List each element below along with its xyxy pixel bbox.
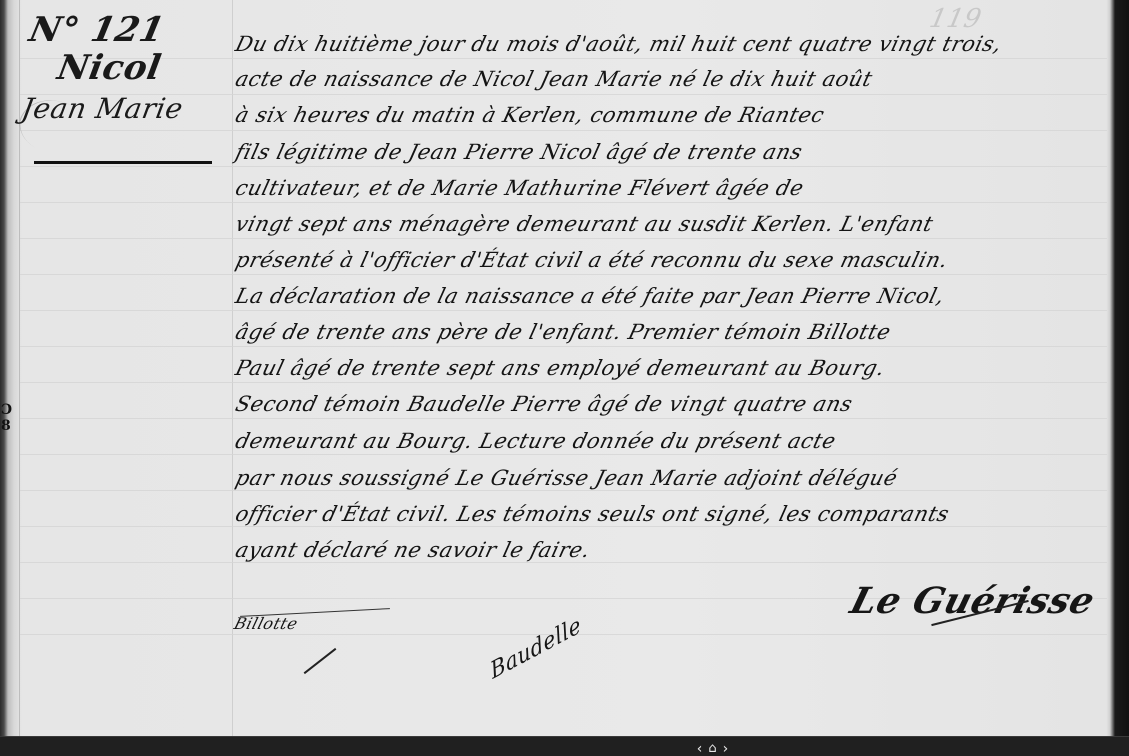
ruled-line <box>20 490 1107 491</box>
page-edge-rule <box>19 0 20 736</box>
edge-artifact: Ɔ8 <box>1 402 12 434</box>
ruled-line <box>20 562 1107 563</box>
record-line: à six heures du matin à Kerlen, commune … <box>233 103 827 127</box>
record-line: Paul âgé de trente sept ans employé deme… <box>233 356 887 380</box>
ruled-line <box>20 274 1107 275</box>
document-viewer[interactable]: 119 Ɔ8 N° 121 Nicol Jean Marie Du dix hu… <box>0 0 1129 736</box>
ruled-line <box>20 238 1107 239</box>
record-line: par nous soussigné Le Guérisse Jean Mari… <box>233 466 900 490</box>
witness-1-signature: Billotte <box>232 614 300 633</box>
scanned-page: 119 Ɔ8 N° 121 Nicol Jean Marie Du dix hu… <box>0 0 1129 736</box>
pen-stroke <box>304 648 337 674</box>
ruled-line <box>20 166 1107 167</box>
record-line: cultivateur, et de Marie Mathurine Fléve… <box>233 176 806 200</box>
margin-surname: Nicol <box>54 48 164 88</box>
record-line: vingt sept ans ménagère demeurant au sus… <box>233 212 936 236</box>
record-line: ayant déclaré ne savoir le faire. <box>233 538 593 562</box>
record-line: acte de naissance de Nicol Jean Marie né… <box>233 67 875 91</box>
margin-underline <box>34 161 212 164</box>
ruled-line <box>20 202 1107 203</box>
record-line: Second témoin Baudelle Pierre âgé de vin… <box>233 392 855 416</box>
record-line: officier d'État civil. Les témoins seuls… <box>233 502 952 526</box>
entry-number: N° 121 <box>26 10 168 50</box>
ruled-line <box>20 526 1107 527</box>
ruled-line <box>20 58 1107 59</box>
previous-page-icon[interactable]: ‹ <box>697 742 703 756</box>
record-line: présenté à l'officier d'État civil a été… <box>233 248 951 272</box>
ruled-line <box>20 382 1107 383</box>
ruled-line <box>20 130 1107 131</box>
record-line: La déclaration de la naissance a été fai… <box>233 284 947 308</box>
margin-given-names: Jean Marie <box>19 92 186 125</box>
next-page-icon[interactable]: › <box>723 742 729 756</box>
ruled-line <box>20 346 1107 347</box>
ruled-line <box>20 454 1107 455</box>
record-line: âgé de trente ans père de l'enfant. Prem… <box>233 320 893 344</box>
home-icon[interactable]: ⌂ <box>708 742 716 756</box>
record-line: demeurant au Bourg. Lecture donnée du pr… <box>233 429 839 453</box>
ruled-line <box>20 310 1107 311</box>
ruled-line <box>20 418 1107 419</box>
faint-page-number: 119 <box>927 4 985 34</box>
record-line: Du dix huitième jour du mois d'août, mil… <box>233 32 1004 56</box>
page-navigation: ‹ ⌂ › <box>697 736 728 756</box>
record-line: fils légitime de Jean Pierre Nicol âgé d… <box>233 140 805 164</box>
witness-2-signature: Baudelle <box>488 612 584 685</box>
viewer-toolbar: ‹ ⌂ › <box>0 736 1129 756</box>
